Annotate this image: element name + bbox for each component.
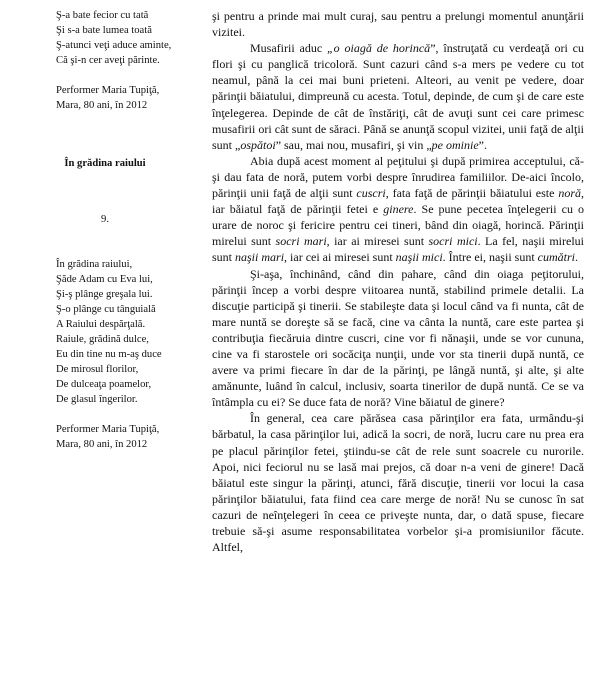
poem-9: În grădina raiului, Şăde Adam cu Eva lui…: [56, 257, 206, 452]
verse-line: De glasul îngerilor.: [56, 392, 206, 407]
verse-line: De dulceaţa poamelor,: [56, 377, 206, 392]
song-number: 9.: [0, 214, 210, 225]
paragraph: Abia după acest moment al peţitului şi d…: [212, 153, 584, 266]
verse-line: Raiule, grădină dulce,: [56, 332, 206, 347]
verse-line: Că şi-n cer aveţi părinte.: [56, 53, 206, 68]
left-column: Ş-a bate fecior cu tată Şi s-a bate lume…: [56, 8, 206, 113]
verse-line: Şi s-a bate lumea toată: [56, 23, 206, 38]
paragraph: În general, cea care părăsea casa părinţ…: [212, 410, 584, 555]
poem-ending: Ş-a bate fecior cu tată Şi s-a bate lume…: [56, 8, 206, 68]
performer-name: Performer Maria Tupiţă,: [56, 83, 206, 98]
verse-line: Şăde Adam cu Eva lui,: [56, 272, 206, 287]
performer-details: Mara, 80 ani, în 2012: [56, 437, 206, 452]
verse-line: A Raiului despărţală.: [56, 317, 206, 332]
performer-credit: Performer Maria Tupiţă, Mara, 80 ani, în…: [56, 83, 206, 113]
verse-line: Ş-atunci veţi aduce aminte,: [56, 38, 206, 53]
verse-line: În grădina raiului,: [56, 257, 206, 272]
verse-line: Şi-ş plânge greşala lui.: [56, 287, 206, 302]
right-column: şi pentru a prinde mai mult curaj, sau p…: [212, 8, 584, 555]
paragraph: şi pentru a prinde mai mult curaj, sau p…: [212, 8, 584, 40]
verse-line: Ş-a bate fecior cu tată: [56, 8, 206, 23]
performer-name: Performer Maria Tupiţă,: [56, 422, 206, 437]
performer-details: Mara, 80 ani, în 2012: [56, 98, 206, 113]
verse-line: Eu din tine nu m-aş duce: [56, 347, 206, 362]
section-title: În grădina raiului: [0, 158, 210, 169]
verse-line: De mirosul florilor,: [56, 362, 206, 377]
paragraph: Musafirii aduc „o oiagă de horincă”, îns…: [212, 40, 584, 153]
verse-line: Ş-o plânge cu tânguială: [56, 302, 206, 317]
paragraph: Şi-aşa, închinând, când din pahare, când…: [212, 266, 584, 411]
